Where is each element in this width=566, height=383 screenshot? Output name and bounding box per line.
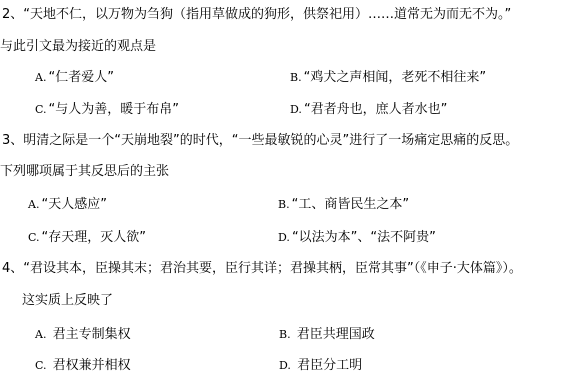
question-stem-text: “天地不仁，以万物为刍狗（指用草做成的狗形，供祭祀用）……道常无为而无不为。” (23, 7, 511, 22)
question-stem-text: “君设其本，臣操其末；君治其要，臣行其详；君操其柄，臣常其事”（《申子·大体篇》… (23, 261, 522, 276)
option-text: “君者舟也，庶人者水也” (304, 102, 447, 117)
option-letter: A. (28, 197, 39, 213)
question-2-option-d[interactable]: D.“君者舟也，庶人者水也” (290, 102, 447, 118)
option-text: “鸡犬之声相闻，老死不相往来” (304, 70, 486, 85)
option-letter: C. (35, 102, 47, 118)
question-3-option-a[interactable]: A.“天人感应” (28, 197, 107, 213)
option-text: 君主专制集权 (53, 327, 131, 342)
question-3-option-c[interactable]: C.“存天理，灭人欲” (28, 230, 146, 246)
question-4-option-a[interactable]: A. 君主专制集权 (35, 327, 131, 343)
question-3-option-b[interactable]: B.“工、商皆民生之本” (278, 197, 409, 213)
question-4-prompt: 这实质上反映了 (22, 293, 113, 309)
question-4-option-c[interactable]: C. 君权兼并相权 (35, 358, 131, 374)
option-letter: A. (35, 70, 46, 86)
option-text: “存天理，灭人欲” (42, 230, 146, 245)
question-stem-text: 明清之际是一个“天崩地裂”的时代，“一些最敏锐的心灵”进行了一场痛定思痛的反思。 (23, 133, 518, 148)
question-3-option-d[interactable]: D.“以法为本”、“法不阿贵” (278, 230, 436, 246)
option-letter: D. (279, 358, 291, 374)
option-letter: C. (35, 358, 47, 374)
question-2-option-b[interactable]: B.“鸡犬之声相闻，老死不相往来” (290, 70, 486, 86)
question-number: 3、 (2, 133, 23, 148)
option-text: 君臣共理国政 (297, 327, 375, 342)
option-text: “以法为本”、“法不阿贵” (292, 230, 436, 245)
question-2-option-c[interactable]: C.“与人为善，暖于布帛” (35, 102, 179, 118)
option-letter: C. (28, 230, 40, 246)
question-3-prompt: 下列哪项属于其反思后的主张 (0, 164, 169, 180)
option-text: “与人为善，暖于布帛” (49, 102, 179, 117)
question-4-stem: 4、“君设其本，臣操其末；君治其要，臣行其详；君操其柄，臣常其事”（《申子·大体… (2, 261, 522, 277)
option-text: 君权兼并相权 (53, 358, 131, 373)
question-2-prompt: 与此引文最为接近的观点是 (0, 39, 156, 55)
question-4-option-b[interactable]: B. 君臣共理国政 (279, 327, 375, 343)
option-letter: D. (290, 102, 302, 118)
question-number: 4、 (2, 261, 23, 276)
question-2-stem: 2、“天地不仁，以万物为刍狗（指用草做成的狗形，供祭祀用）……道常无为而无不为。… (2, 7, 511, 23)
option-letter: B. (278, 197, 290, 213)
option-letter: D. (278, 230, 290, 246)
option-letter: A. (35, 327, 46, 343)
option-text: “仁者爱人” (48, 70, 113, 85)
option-text: “天人感应” (41, 197, 106, 212)
option-letter: B. (279, 327, 291, 343)
question-2-option-a[interactable]: A.“仁者爱人” (35, 70, 114, 86)
question-3-stem: 3、明清之际是一个“天崩地裂”的时代，“一些最敏锐的心灵”进行了一场痛定思痛的反… (2, 133, 518, 149)
option-text: “工、商皆民生之本” (292, 197, 409, 212)
option-letter: B. (290, 70, 302, 86)
option-text: 君臣分工明 (297, 358, 362, 373)
question-4-option-d[interactable]: D. 君臣分工明 (279, 358, 362, 374)
question-number: 2、 (2, 7, 23, 22)
